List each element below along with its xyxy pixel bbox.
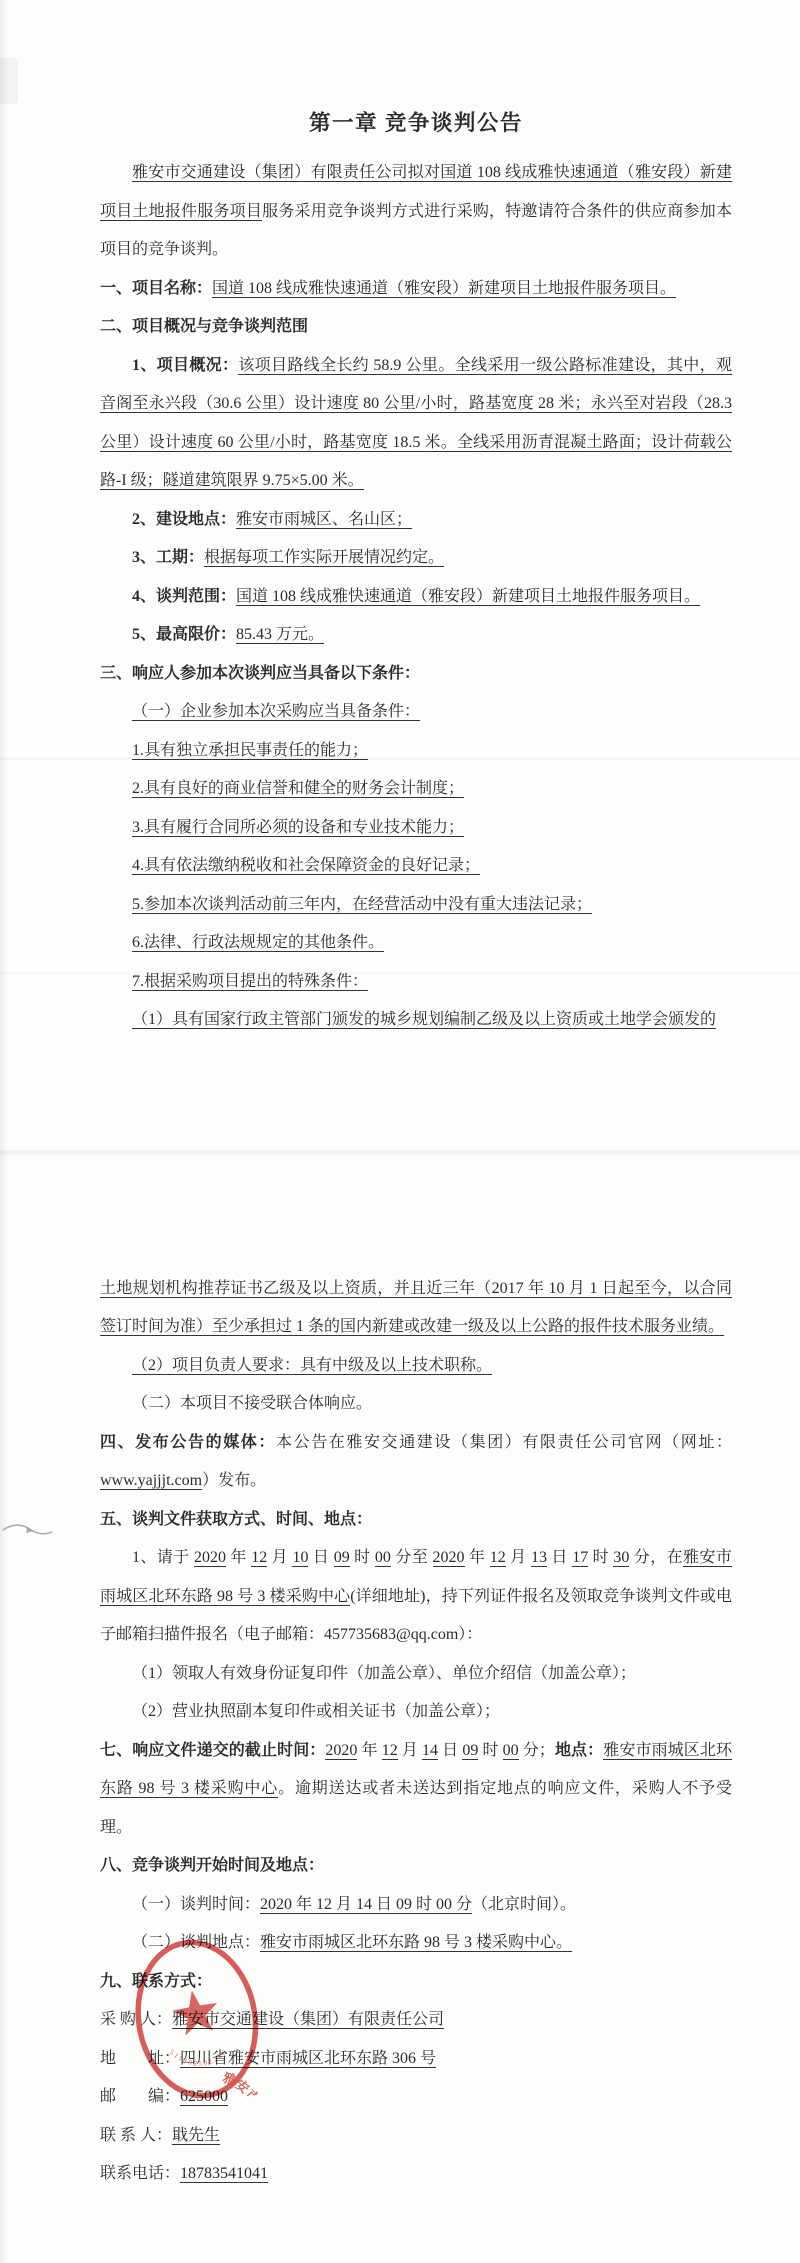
filled-blank-text: 雅安市雨城区北环东路 98 号 3 楼采购中心。 (260, 1934, 572, 1952)
condition-7: 7.根据采购项目提出的特殊条件： (100, 963, 732, 1002)
condition-6: 6.法律、行政法规规定的其他条件。 (100, 924, 732, 963)
text-run: 日 (547, 1549, 572, 1566)
seal-number-text: 511802502246 (167, 2039, 230, 2073)
text-run: 地点： (555, 1742, 603, 1759)
text-run: 年 (226, 1549, 251, 1566)
filled-blank-text: （一）企业参加本次采购应当具备条件： (132, 703, 420, 721)
filled-blank-text: 该项目路线全长约 58.9 公里。全线采用一级公路标准建设，其中，观音阁至永兴段… (100, 357, 732, 491)
contact-phone: 联系电话：18783541041 (100, 2155, 732, 2194)
filled-blank-text: 85.43 万元。 (236, 626, 324, 644)
filled-blank-text: 09 (334, 1549, 350, 1567)
section-8-heading: 八、竞争谈判开始时间及地点： (100, 1847, 732, 1886)
filled-blank-text: 12 (382, 1742, 398, 1760)
negotiation-time: （一）谈判时间：2020 年 12 月 14 日 09 时 00 分（北京时间）… (100, 1886, 732, 1925)
filled-blank-text: 2020 (325, 1742, 357, 1760)
text-run: 2、建设地点： (132, 511, 236, 528)
text-run: 一、项目名称： (100, 280, 212, 297)
filled-blank-text: 2.具有良好的商业信誉和健全的财务会计制度； (132, 780, 464, 798)
section-1-project-name: 一、项目名称：国道 108 线成雅快速通道（雅安段）新建项目土地报件服务项目。 (100, 270, 732, 309)
condition-group-1: （一）企业参加本次采购应当具备条件： (100, 693, 732, 732)
contact-person: 联 系 人：戢先生 (100, 2117, 732, 2156)
filled-blank-text: www.yajjjt.com (100, 1472, 202, 1490)
condition-4: 4.具有依法缴纳税收和社会保障资金的良好记录； (100, 847, 732, 886)
filled-blank-text: 13 (531, 1549, 547, 1567)
text-run: 年 (357, 1742, 381, 1759)
text-run: 五、谈判文件获取方式、时间、地点： (100, 1511, 372, 1528)
text-run: 时 (588, 1549, 613, 1566)
text-run: 四、发布公告的媒体： (100, 1434, 276, 1451)
document-collection-details: 1、请于 2020 年 12 月 10 日 09 时 00 分至 2020 年 … (100, 1539, 732, 1655)
text-run: 联 系 人： (100, 2127, 172, 2144)
text-run: 分； (519, 1742, 555, 1759)
text-run: 联系电话： (100, 2165, 180, 2182)
filled-blank-text: （1）具有国家行政主管部门颁发的城乡规划编制乙级及以上资质或土地学会颁发的 (132, 1011, 716, 1029)
item-duration: 3、工期：根据每项工作实际开展情况约定。 (100, 539, 732, 578)
text-run: 3、工期： (132, 549, 204, 566)
handwritten-check-mark (0, 1506, 64, 1550)
filled-blank-text: 30 (613, 1549, 629, 1567)
special-condition-2: （2）项目负责人要求：具有中级及以上技术职称。 (100, 1347, 732, 1386)
filled-blank-text: 18783541041 (180, 2165, 268, 2183)
filled-blank-text: 7.根据采购项目提出的特殊条件： (132, 973, 368, 991)
text-run: 月 (506, 1549, 531, 1566)
condition-1: 1.具有独立承担民事责任的能力； (100, 732, 732, 771)
item-project-overview: 1、项目概况：该项目路线全长约 58.9 公里。全线采用一级公路标准建设，其中，… (100, 347, 732, 501)
filled-blank-text: 00 (375, 1549, 391, 1567)
scanned-document-page: 第一章 竞争谈判公告雅安市交通建设（集团）有限责任公司拟对国道 108 线成雅快… (0, 0, 800, 2263)
filled-blank-text: 17 (572, 1549, 588, 1567)
text-run: ）发布。 (202, 1472, 266, 1489)
collection-requirement-1: （1）领取人有效身份证复印件（加盖公章）、单位介绍信（加盖公章）； (100, 1655, 732, 1694)
filled-blank-text: 3.具有履行合同所必须的设备和专业技术能力； (132, 819, 464, 837)
item-scope: 4、谈判范围：国道 108 线成雅快速通道（雅安段）新建项目土地报件服务项目。 (100, 578, 732, 617)
text-run: 七、响应文件递交的截止时间： (100, 1742, 325, 1759)
intro-paragraph: 雅安市交通建设（集团）有限责任公司拟对国道 108 线成雅快速通道（雅安段）新建… (100, 154, 732, 270)
text-run: 日 (308, 1549, 333, 1566)
condition-2: 2.具有良好的商业信誉和健全的财务会计制度； (100, 770, 732, 809)
text-run: 5、最高限价： (132, 626, 236, 643)
special-condition-1-part2: 土地规划机构推荐证书乙级及以上资质，并且近三年（2017 年 10 月 1 日起… (100, 1270, 732, 1347)
page-break-gap (100, 1040, 732, 1270)
text-run: （北京时间）。 (472, 1896, 576, 1913)
text-run: 第一章 竞争谈判公告 (309, 111, 523, 135)
text-run: 日 (438, 1742, 462, 1759)
filled-blank-text: 14 (422, 1742, 438, 1760)
text-run: （一）谈判时间： (132, 1896, 260, 1913)
no-consortium-note: （二）本项目不接受联合体响应。 (100, 1385, 732, 1424)
text-run: 本公告在雅安交通建设（集团）有限责任公司官网（网址： (276, 1434, 732, 1451)
filled-blank-text: 00 (503, 1742, 519, 1760)
filled-blank-text: 1.具有独立承担民事责任的能力； (132, 742, 368, 760)
text-run: （1）领取人有效身份证复印件（加盖公章）、单位介绍信（加盖公章）； (132, 1665, 636, 1682)
text-run: 1、请于 (132, 1549, 194, 1566)
filled-blank-text: 2020 (433, 1549, 465, 1567)
text-run: 时 (350, 1549, 375, 1566)
document-title: 第一章 竞争谈判公告 (100, 100, 732, 146)
special-condition-1-part1: （1）具有国家行政主管部门颁发的城乡规划编制乙级及以上资质或土地学会颁发的 (100, 1001, 732, 1040)
item-location: 2、建设地点：雅安市雨城区、名山区； (100, 501, 732, 540)
filled-blank-text: 4.具有依法缴纳税收和社会保障资金的良好记录； (132, 857, 480, 875)
condition-3: 3.具有履行合同所必须的设备和专业技术能力； (100, 809, 732, 848)
section-2-heading: 二、项目概况与竞争谈判范围 (100, 308, 732, 347)
seal-star-icon (169, 1986, 221, 2037)
text-run: 月 (267, 1549, 292, 1566)
filled-blank-text: 6.法律、行政法规规定的其他条件。 (132, 934, 384, 952)
filled-blank-text: 国道 108 线成雅快速通道（雅安段）新建项目土地报件服务项目。 (236, 588, 700, 606)
filled-blank-text: 国道 108 线成雅快速通道（雅安段）新建项目土地报件服务项目。 (212, 280, 676, 298)
text-run: 三、响应人参加本次谈判应当具备以下条件： (100, 665, 420, 682)
condition-5: 5.参加本次谈判活动前三年内，在经营活动中没有重大违法记录； (100, 886, 732, 925)
text-run: 时 (478, 1742, 502, 1759)
text-run: 年 (465, 1549, 490, 1566)
filled-blank-text: 12 (251, 1549, 267, 1567)
item-price-limit: 5、最高限价：85.43 万元。 (100, 616, 732, 655)
section-7-deadline: 七、响应文件递交的截止时间：2020 年 12 月 14 日 09 时 00 分… (100, 1732, 732, 1848)
section-4-media: 四、发布公告的媒体：本公告在雅安交通建设（集团）有限责任公司官网（网址：www.… (100, 1424, 732, 1501)
filled-blank-text: 12 (490, 1549, 506, 1567)
filled-blank-text: 09 (462, 1742, 478, 1760)
filled-blank-text: 戢先生 (172, 2127, 220, 2145)
filled-blank-text: 5.参加本次谈判活动前三年内，在经营活动中没有重大违法记录； (132, 896, 592, 914)
collection-requirement-2: （2）营业执照副本复印件或相关证书（加盖公章）； (100, 1693, 732, 1732)
text-run: 分，在 (629, 1549, 683, 1566)
filled-blank-text: 10 (292, 1549, 308, 1567)
filled-blank-text: 土地规划机构推荐证书乙级及以上资质，并且近三年（2017 年 10 月 1 日起… (100, 1280, 732, 1337)
text-run: 4、谈判范围： (132, 588, 236, 605)
section-3-heading: 三、响应人参加本次谈判应当具备以下条件： (100, 655, 732, 694)
text-run: 1、项目概况： (132, 357, 238, 374)
filled-blank-text: 根据每项工作实际开展情况约定。 (204, 549, 444, 567)
text-run: （二）本项目不接受联合体响应。 (132, 1395, 372, 1412)
text-run: 八、竞争谈判开始时间及地点： (100, 1857, 324, 1874)
section-5-heading: 五、谈判文件获取方式、时间、地点： (100, 1501, 732, 1540)
document-body: 第一章 竞争谈判公告雅安市交通建设（集团）有限责任公司拟对国道 108 线成雅快… (0, 0, 800, 2234)
text-run: 二、项目概况与竞争谈判范围 (100, 318, 308, 335)
filled-blank-text: （2）项目负责人要求：具有中级及以上技术职称。 (132, 1357, 492, 1375)
text-run: （2）营业执照副本复印件或相关证书（加盖公章）； (132, 1703, 500, 1720)
filled-blank-text: 2020 (194, 1549, 226, 1567)
text-run: 月 (398, 1742, 422, 1759)
text-run: 分至 (391, 1549, 433, 1566)
filled-blank-text: 雅安市雨城区、名山区； (236, 511, 412, 529)
filled-blank-text: 2020 年 12 月 14 日 09 时 00 分 (260, 1896, 472, 1914)
